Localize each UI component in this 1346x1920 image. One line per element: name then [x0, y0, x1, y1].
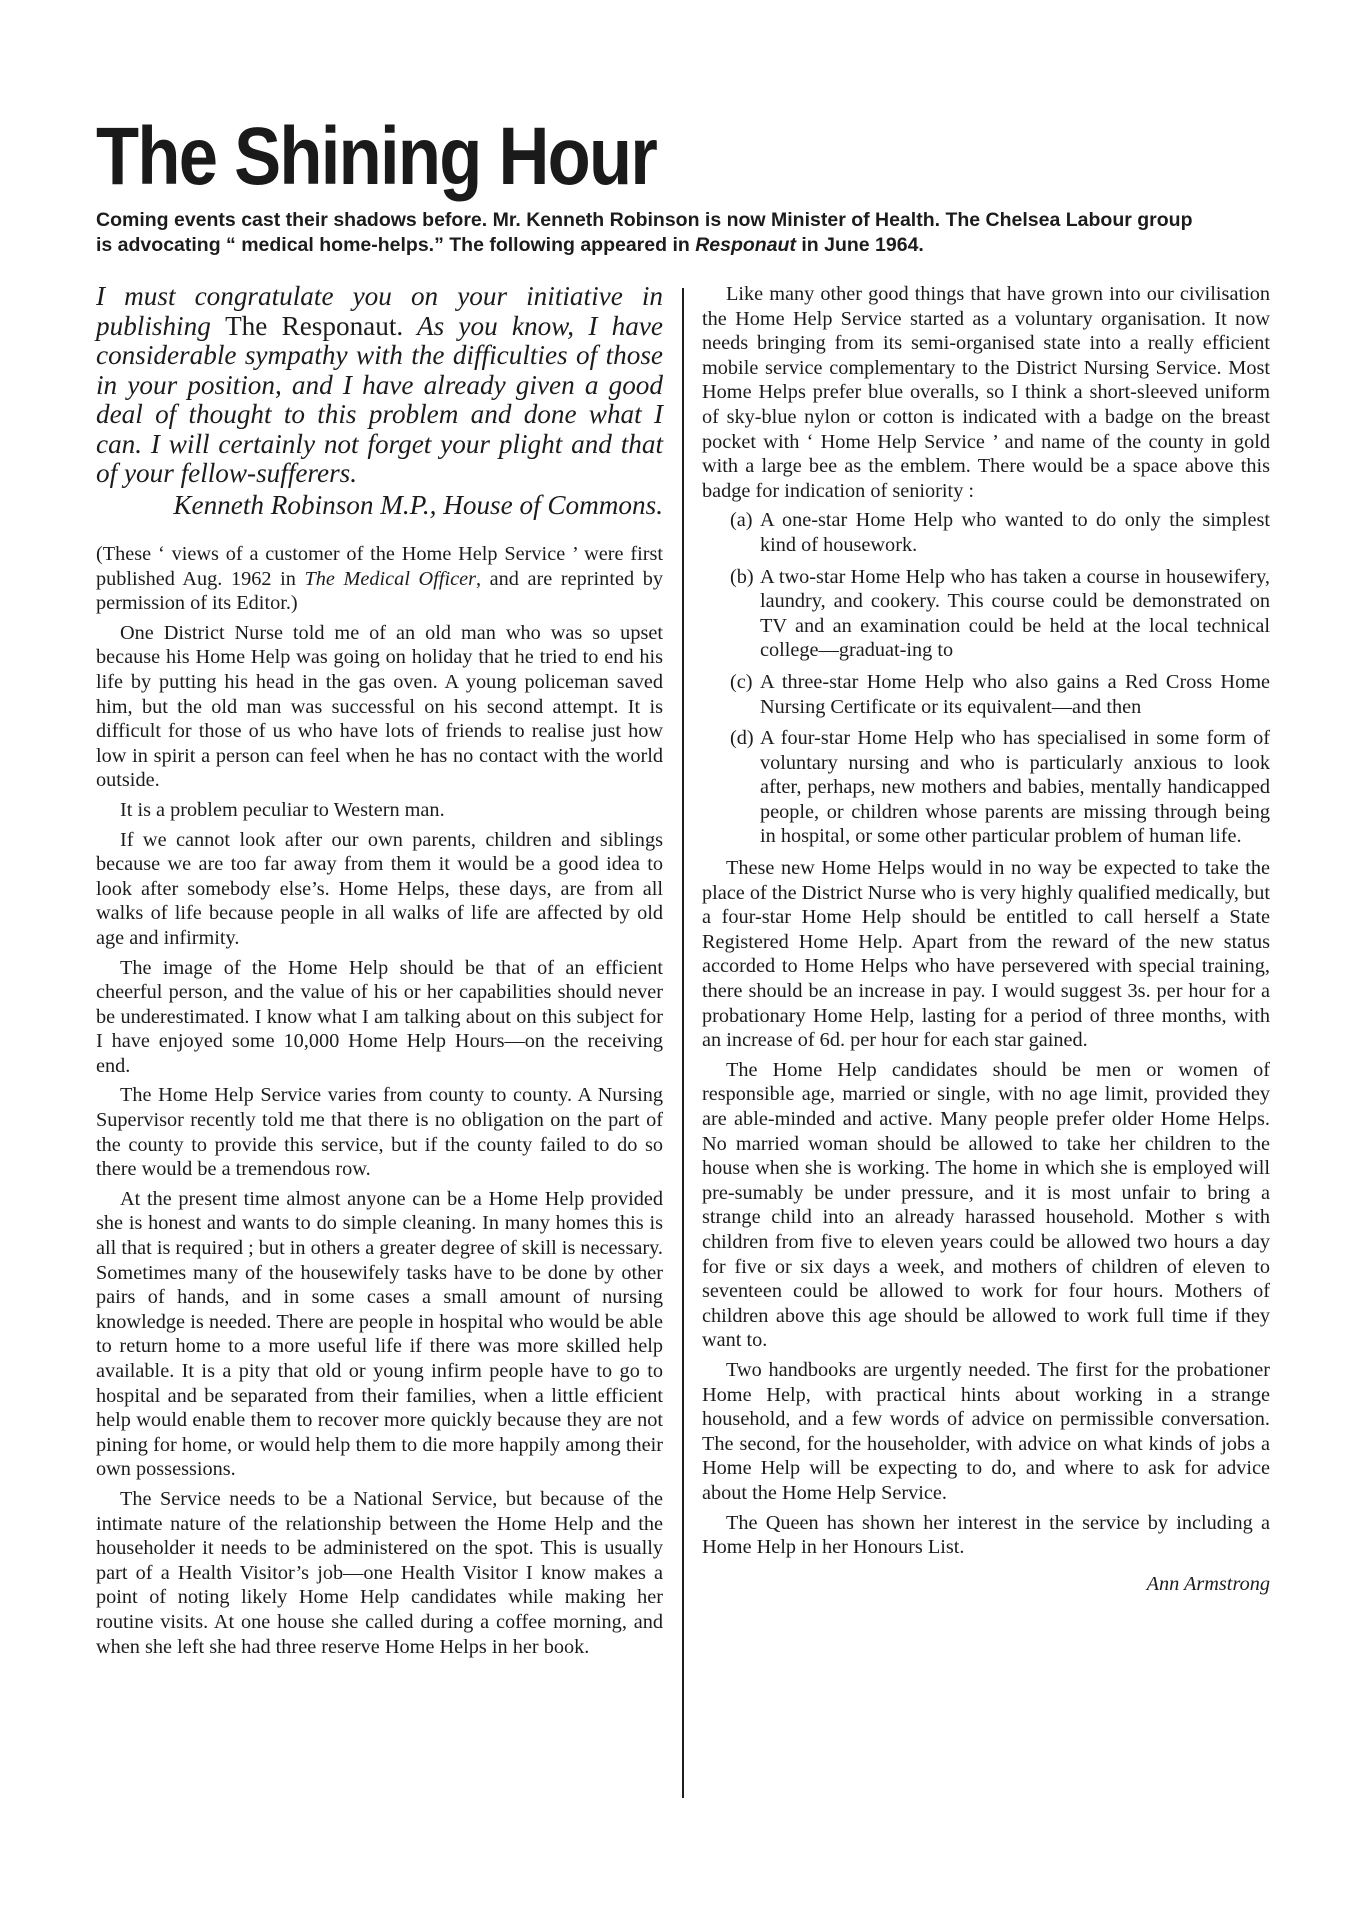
list-item: (b) A two-star Home Help who has taken a… — [702, 565, 1270, 663]
right-column: Like many other good things that have gr… — [702, 282, 1270, 1596]
list-marker: (b) — [702, 565, 760, 663]
quote-publication: The Responaut. — [225, 311, 403, 341]
dek-text-end: in June 1964. — [796, 234, 924, 256]
list-marker: (c) — [702, 670, 760, 719]
list-item-text: A three-star Home Help who also gains a … — [760, 670, 1270, 719]
list-item-text: A two-star Home Help who has taken a cou… — [760, 565, 1270, 663]
paragraph: The Home Help candidates should be men o… — [702, 1058, 1270, 1353]
dek-text: Coming events cast their shadows before.… — [96, 209, 1192, 256]
seniority-list: (a) A one-star Home Help who wanted to d… — [702, 508, 1270, 849]
paragraph: Two handbooks are urgently needed. The f… — [702, 1358, 1270, 1506]
list-item: (a) A one-star Home Help who wanted to d… — [702, 508, 1270, 557]
list-item: (d) A four-star Home Help who has specia… — [702, 726, 1270, 849]
article-dek: Coming events cast their shadows before.… — [96, 208, 1206, 258]
list-item-text: A one-star Home Help who wanted to do on… — [760, 508, 1270, 557]
paragraph: Like many other good things that have gr… — [702, 282, 1270, 503]
paragraph: If we cannot look after our own parents,… — [96, 828, 663, 951]
article-title: The Shining Hour — [96, 112, 656, 202]
paragraph: The Service needs to be a National Servi… — [96, 1487, 663, 1659]
author-signature: Ann Armstrong — [702, 1572, 1270, 1597]
list-item-text: A four-star Home Help who has specialise… — [760, 726, 1270, 849]
dek-publication: Responaut — [695, 234, 796, 256]
list-marker: (a) — [702, 508, 760, 557]
paragraph: The Queen has shown her interest in the … — [702, 1511, 1270, 1560]
paragraph: At the present time almost anyone can be… — [96, 1187, 663, 1482]
quote-attribution: Kenneth Robinson M.P., House of Commons. — [96, 491, 663, 521]
list-item: (c) A three-star Home Help who also gain… — [702, 670, 1270, 719]
list-marker: (d) — [702, 726, 760, 849]
column-divider — [682, 288, 684, 1798]
paragraph: It is a problem peculiar to Western man. — [96, 798, 663, 823]
paragraph: The Home Help Service varies from county… — [96, 1083, 663, 1181]
reprint-note: (These ‘ views of a customer of the Home… — [96, 542, 663, 616]
paragraph: The image of the Home Help should be tha… — [96, 956, 663, 1079]
paragraph: One District Nurse told me of an old man… — [96, 621, 663, 793]
pull-quote: I must congratulate you on your initiati… — [96, 282, 663, 489]
note-journal: The Medical Officer — [304, 568, 476, 590]
left-column: I must congratulate you on your initiati… — [96, 282, 663, 1664]
paragraph: These new Home Helps would in no way be … — [702, 856, 1270, 1053]
